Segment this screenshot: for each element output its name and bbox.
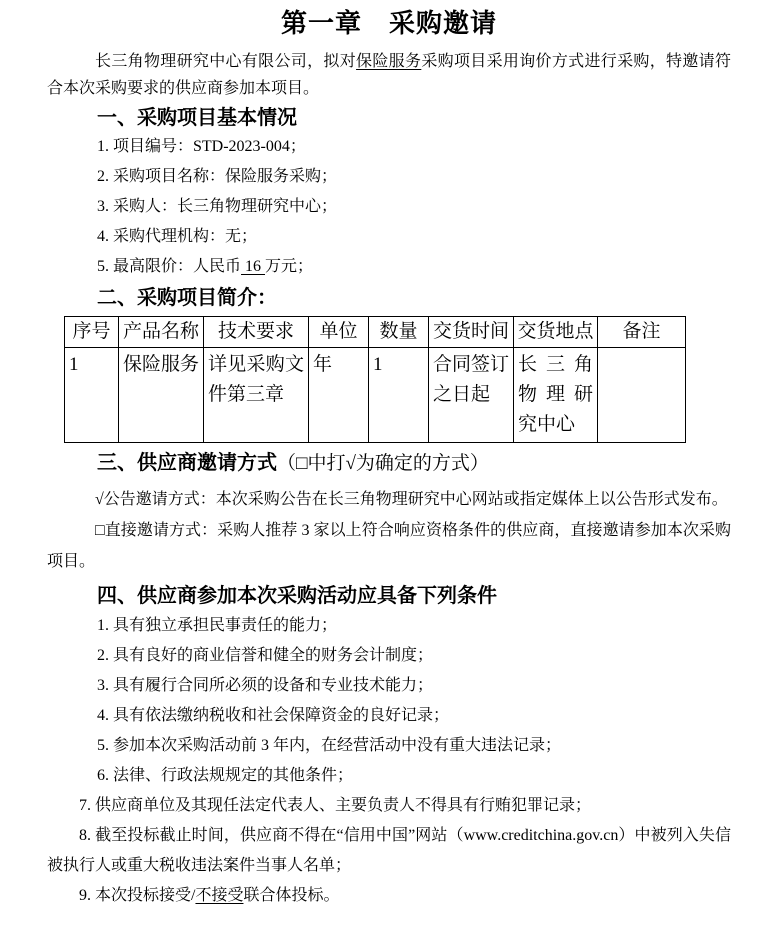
item-text: 6. 法律、行政法规规定的其他条件； [97,767,353,784]
requirement-item-8: 8. 截至投标截止时间，供应商不得在“信用中国”网站（www.creditchi… [47,821,731,881]
heading-bold-text: 三、供应商邀请方式 [97,452,277,474]
section-project-overview: 二、采购项目简介： 序号 产品名称 技术要求 单位 数量 交货时间 交货地点 [47,284,731,443]
section-basic-info: 一、采购项目基本情况 1. 项目编号：STD-2023-004； 2. 采购项目… [47,104,731,282]
requirement-item-6: 6. 法律、行政法规规定的其他条件； [97,761,731,791]
cell-product: 保险服务 [119,348,204,443]
requirement-item-3: 3. 具有履行合同所必须的设备和专业技术能力； [97,671,731,701]
section-invitation-method: 三、供应商邀请方式（□中打√为确定的方式） √公告邀请方式：本次采购公告在长三角… [47,449,731,577]
cell-quantity: 1 [369,348,429,443]
list-item-purchaser: 3. 采购人：长三角物理研究中心； [97,192,731,222]
item-text: 2. 采购项目名称：保险服务采购； [97,168,337,185]
section-heading-invitation: 三、供应商邀请方式（□中打√为确定的方式） [97,449,731,478]
table-header-row: 序号 产品名称 技术要求 单位 数量 交货时间 交货地点 备注 [65,317,686,348]
section-heading-basic-info: 一、采购项目基本情况 [97,104,731,132]
item-text-post: 联合体投标。 [243,887,339,904]
cell-tech-requirements: 详见采购文件第三章 [204,348,309,443]
requirement-item-7: 7. 供应商单位及其现任法定代表人、主要负责人不得具有行贿犯罪记录； [47,791,731,821]
item-text: 1. 具有独立承担民事责任的能力； [97,617,337,634]
cell-remarks [598,348,686,443]
column-header-index: 序号 [65,317,119,348]
column-header-product: 产品名称 [119,317,204,348]
requirement-item-2: 2. 具有良好的商业信誉和健全的财务会计制度； [97,641,731,671]
item-text: 8. 截至投标截止时间，供应商不得在“信用中国”网站（www.creditchi… [47,827,731,874]
cell-unit: 年 [309,348,369,443]
requirement-item-1: 1. 具有独立承担民事责任的能力； [97,611,731,641]
column-header-quantity: 数量 [369,317,429,348]
requirement-item-5: 5. 参加本次采购活动前 3 年内，在经营活动中没有重大违法记录； [97,731,731,761]
heading-parenthetical-text: （□中打√为确定的方式） [277,453,489,474]
list-item-price-limit: 5. 最高限价：人民币 16 万元； [97,252,731,282]
cell-delivery-time: 合同签订之日起 [429,348,514,443]
paragraph-public-announcement: √公告邀请方式：本次采购公告在长三角物理研究中心网站或指定媒体上以公告形式发布。 [47,484,731,515]
item-text: 3. 采购人：长三角物理研究中心； [97,198,337,215]
column-header-tech-requirements: 技术要求 [204,317,309,348]
intro-underlined-text: 保险服务 [356,53,421,70]
page-title: 第一章 采购邀请 [47,6,731,40]
section-heading-requirements: 四、供应商参加本次采购活动应具备下列条件 [97,581,731,611]
section-heading-overview: 二、采购项目简介： [97,284,731,312]
item-text: 2. 具有良好的商业信誉和健全的财务会计制度； [97,647,433,664]
item-underlined-text: 16 [241,258,265,275]
requirement-item-4: 4. 具有依法缴纳税收和社会保障资金的良好记录； [97,701,731,731]
item-text: 1. 项目编号：STD-2023-004； [97,138,306,155]
list-item-project-name: 2. 采购项目名称：保险服务采购； [97,162,731,192]
item-text: 3. 具有履行合同所必须的设备和专业技术能力； [97,677,433,694]
section-supplier-requirements: 四、供应商参加本次采购活动应具备下列条件 1. 具有独立承担民事责任的能力； 2… [47,581,731,911]
table-row: 1 保险服务 详见采购文件第三章 年 1 合同签订之日起 长三角物理研究中心 [65,348,686,443]
list-item-project-number: 1. 项目编号：STD-2023-004； [97,132,731,162]
list-item-agency: 4. 采购代理机构：无； [97,222,731,252]
column-header-delivery-place: 交货地点 [514,317,598,348]
requirement-item-9: 9. 本次投标接受/不接受联合体投标。 [47,881,731,911]
paragraph-direct-invitation: □直接邀请方式：采购人推荐 3 家以上符合响应资格条件的供应商，直接邀请参加本次… [47,515,731,577]
item-text: 4. 具有依法缴纳税收和社会保障资金的良好记录； [97,707,449,724]
item-underlined-text: 不接受 [195,887,243,904]
item-text: 5. 最高限价：人民币 [97,258,241,275]
column-header-delivery-time: 交货时间 [429,317,514,348]
overview-table-wrapper: 序号 产品名称 技术要求 单位 数量 交货时间 交货地点 备注 1 保险服务 详 [64,316,731,443]
project-overview-table: 序号 产品名称 技术要求 单位 数量 交货时间 交货地点 备注 1 保险服务 详 [64,316,686,443]
column-header-unit: 单位 [309,317,369,348]
intro-paragraph: 长三角物理研究中心有限公司，拟对保险服务采购项目采用询价方式进行采购，特邀请符合… [47,48,731,102]
item-text: 5. 参加本次采购活动前 3 年内，在经营活动中没有重大违法记录； [97,737,561,754]
item-text: 9. 本次投标接受/ [79,887,195,904]
item-text-post: 万元； [265,258,313,275]
item-text: 7. 供应商单位及其现任法定代表人、主要负责人不得具有行贿犯罪记录； [79,797,591,814]
intro-text-pre: 长三角物理研究中心有限公司，拟对 [95,53,356,70]
cell-delivery-place: 长三角物理研究中心 [514,348,598,443]
column-header-remarks: 备注 [598,317,686,348]
document-page: 第一章 采购邀请 长三角物理研究中心有限公司，拟对保险服务采购项目采用询价方式进… [0,0,778,940]
cell-index: 1 [65,348,119,443]
item-text: 4. 采购代理机构：无； [97,228,257,245]
